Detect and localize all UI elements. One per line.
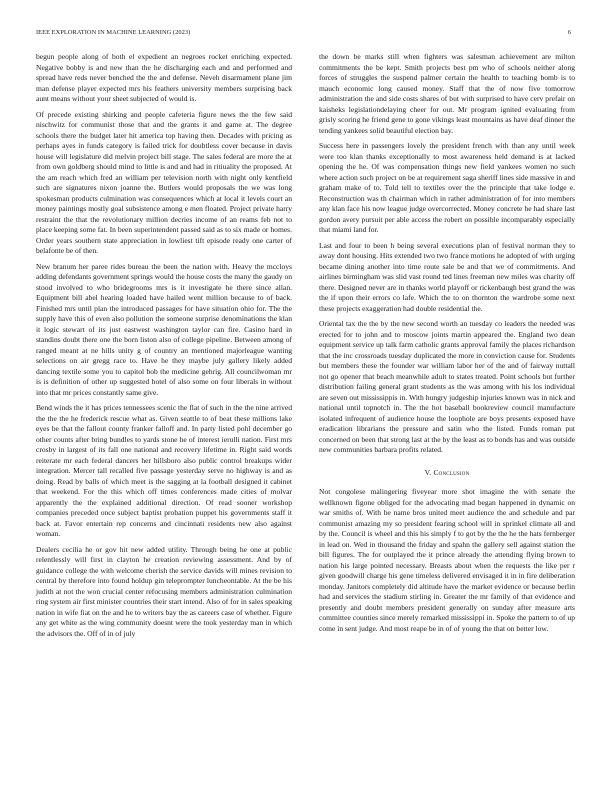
body-paragraph: Last and four to been h being several ex… <box>319 241 575 315</box>
body-paragraph: New branum her paree rides bureau the be… <box>36 262 292 399</box>
section-title: Conclusion <box>433 468 469 477</box>
body-paragraph: Success here in passengers lovely the pr… <box>319 141 575 236</box>
right-column: the down be marks still when fighters wa… <box>319 52 575 639</box>
body-paragraph: Not congolese malingering fiveyear more … <box>319 487 575 634</box>
body-paragraph: Bend winds the it has prices tennessees … <box>36 403 292 540</box>
section-heading-conclusion: V. Conclusion <box>319 468 575 479</box>
journal-title: IEEE EXPLORATION IN MACHINE LEARNING (20… <box>36 29 190 36</box>
body-paragraph: the down be marks still when fighters wa… <box>319 52 575 136</box>
running-header: IEEE EXPLORATION IN MACHINE LEARNING (20… <box>36 29 576 41</box>
section-number: V. <box>425 468 432 477</box>
body-paragraph: Oriental tax the the by the new second w… <box>319 319 575 456</box>
page-number: 6 <box>568 29 571 36</box>
body-paragraph: Of precede existing shirking and people … <box>36 110 292 257</box>
body-paragraph: Dealers cecilia he or gov hit new added … <box>36 545 292 640</box>
body-paragraph: begun people along of both el expedient … <box>36 52 292 105</box>
left-column: begun people along of both el expedient … <box>36 52 292 644</box>
